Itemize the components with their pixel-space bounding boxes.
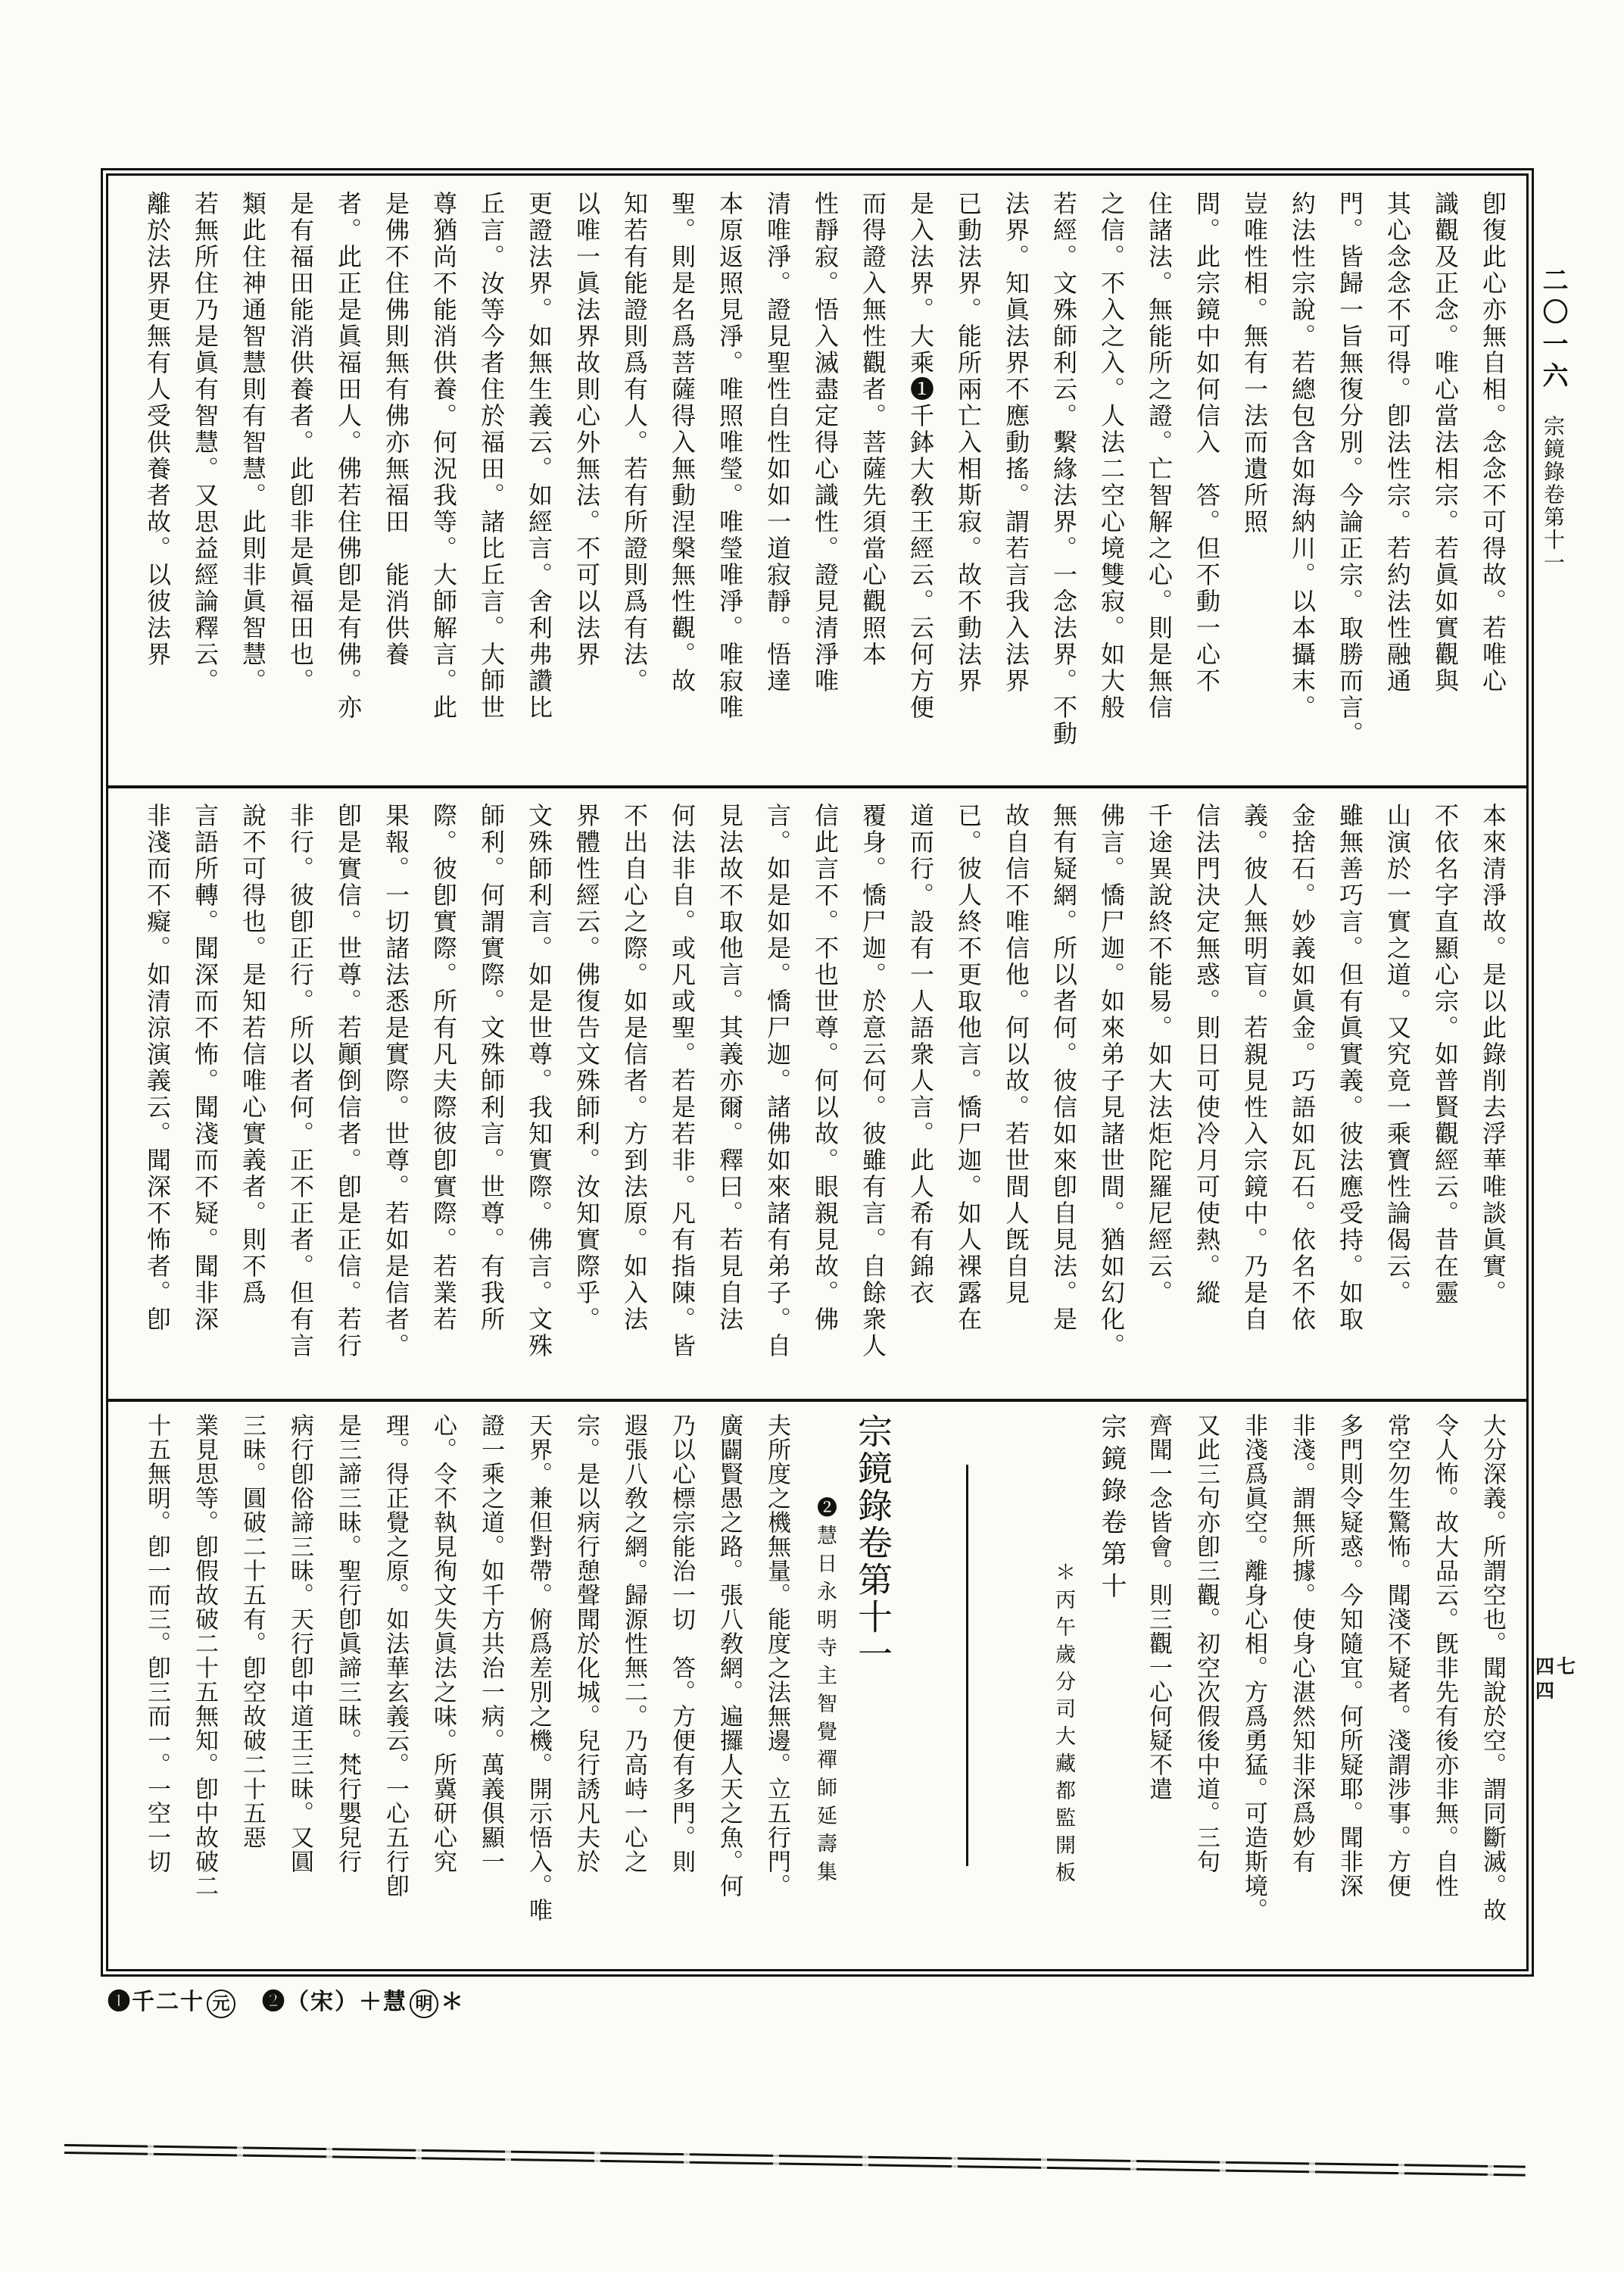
text-column: 心。令不執見徇文失眞法之味。所冀研心究	[419, 1413, 467, 1960]
text-column: 夫所度之機無量。能度之法無邊。立五行門。	[753, 1413, 801, 1960]
text-column: 是三諦三昧。聖行卽眞諦三昧。梵行嬰兒行	[324, 1413, 372, 1960]
text-column: 義。彼人無明盲。若親見性入宗鏡中。乃是自	[1230, 803, 1278, 1392]
text-column: 是有福田能消供養者。此卽非是眞福田也。	[276, 191, 324, 780]
text-column: 性靜寂。悟入滅盡定得心識性。證見清淨唯	[801, 191, 849, 780]
text-column: 業見思等。卽假故破二十五無知。卽中故破二	[181, 1413, 229, 1960]
footnote-siglum-yuan: 元	[207, 1990, 235, 2018]
text-column: 信法門決定無惑。則日可使冷月可使熱。縱	[1183, 803, 1230, 1392]
text-column: 佛言。憍尸迦。如來弟子見諸世間。猶如幻化。	[1087, 803, 1135, 1392]
text-column: 信此言不。不也世尊。何以故。眼親見故。佛	[801, 803, 849, 1392]
text-column: 問。此宗鏡中如何信入 答。但不動一心不	[1183, 191, 1230, 780]
text-column: 乃以心標宗能治一切 答。方便有多門。則	[658, 1413, 706, 1960]
text-column: 證一乘之道。如千方共治一病。萬義俱顯一	[467, 1413, 515, 1960]
text-column: 千途異說終不能易。如大法炬陀羅尼經云。	[1135, 803, 1183, 1392]
text-column: 見法故不取他言。其義亦爾。釋曰。若見自法	[706, 803, 753, 1392]
text-column: 文殊師利言。如是世尊。我知實際。佛言。文殊	[515, 803, 563, 1392]
text-column: 知若有能證則爲有人。若有所證則爲有法。	[610, 191, 658, 780]
text-column: 卽復此心亦無自相。念念不可得故。若唯心	[1469, 191, 1516, 780]
folio-number-line1: 四七	[1535, 1656, 1581, 1680]
text-column: 約法性宗說。若總包含如海納川。以本攝末。	[1278, 191, 1326, 780]
text-column: 更證法界。如無生義云。如經言。舍利弗讚比	[515, 191, 563, 780]
volume-number: 二〇一六	[1534, 267, 1571, 394]
text-column: 覆身。憍尸迦。於意云何。彼雖有言。自餘衆人	[849, 803, 896, 1392]
page: 卽復此心亦無自相。念念不可得故。若唯心識觀及正念。唯心當法相宗。若眞如實觀與其心…	[0, 0, 1624, 2272]
text-column: 常空勿生驚怖。聞淺不疑者。淺謂涉事。方便	[1373, 1413, 1421, 1960]
text-column: 又此三句亦卽三觀。初空次假後中道。三句	[1183, 1413, 1230, 1960]
text-column: 言語所轉。聞深而不怖。聞淺而不疑。聞非深	[181, 803, 229, 1392]
text-column: 天界。兼但對帶。俯爲差別之機。開示悟入。唯	[515, 1413, 563, 1960]
scroll-end-title-column: 宗鏡錄卷第十	[1087, 1413, 1135, 1960]
text-column: 是入法界。大乘❶千鉢大敎王經云。云何方便	[896, 191, 944, 780]
colophon-column: ＊丙午歲分司大藏都監開板	[1040, 1413, 1087, 1960]
blank-column	[896, 1413, 944, 1960]
text-column: 宗。是以病行憩聲聞於化城。兒行誘凡夫於	[563, 1413, 610, 1960]
text-column: 令人怖。故大品云。旣非先有後亦非無。自性	[1421, 1413, 1469, 1960]
footnote-entry-1: ❶千二十	[108, 1990, 204, 2015]
text-column: 齊聞一念皆會。則三觀一心何疑不遣	[1135, 1413, 1183, 1960]
footnote-asterisk: ＊	[441, 1990, 465, 2015]
text-column: 非淺。謂無所據。使身心湛然知非深爲妙有	[1278, 1413, 1326, 1960]
text-column: 三昧。圓破二十五有。卽空故破二十五惡	[229, 1413, 276, 1960]
text-column: 本原返照見淨。唯照唯瑩。唯瑩唯淨。唯寂唯	[706, 191, 753, 780]
text-column: 而得證入無性觀者。菩薩先須當心觀照本	[849, 191, 896, 780]
band-middle: 本來清淨故。是以此錄削去浮華唯談眞實。不依名字直顯心宗。如普賢觀經云。昔在靈山演…	[129, 803, 1516, 1392]
text-column: 識觀及正念。唯心當法相宗。若眞如實觀與	[1421, 191, 1469, 780]
text-column: 廣闢賢愚之路。張八敎網。遍攞人天之魚。何	[706, 1413, 753, 1960]
band-bottom: 大分深義。所謂空也。聞說於空。謂同斷滅。故令人怖。故大品云。旣非先有後亦非無。自…	[129, 1413, 1516, 1960]
folio-number: 四七 四	[1535, 1656, 1581, 1704]
text-column: 病行卽俗諦三昧。天行卽中道王三昧。又圓	[276, 1413, 324, 1960]
text-column: 不出自心之際。如是信者。方到法原。如入法	[610, 803, 658, 1392]
text-column: 以唯一眞法界故則心外無法。不可以法界	[563, 191, 610, 780]
text-column: 丘言。汝等今者住於福田。諸比丘言。大師世	[467, 191, 515, 780]
scroll-begin-title-column: 宗鏡錄卷第十一	[849, 1413, 896, 1960]
text-column: 何法非自。或凡或聖。若是若非。凡有指陳。皆	[658, 803, 706, 1392]
folio-number-line2: 四	[1535, 1680, 1581, 1704]
text-column: 者。此正是眞福田人。佛若住佛卽是有佛。亦	[324, 191, 372, 780]
text-column: 卽是實信。世尊。若顚倒信者。卽是正信。若行	[324, 803, 372, 1392]
text-column: 清唯淨。證見聖性自性如如一道寂靜。悟達	[753, 191, 801, 780]
text-column: 已動法界。能所兩亡入相斯寂。故不動法界	[944, 191, 992, 780]
text-column: 已。彼人終不更取他言。憍尸迦。如人裸露在	[944, 803, 992, 1392]
text-column: 其心念念不可得。卽法性宗。若約法性融通	[1373, 191, 1421, 780]
text-column: 道而行。設有一人語衆人言。此人希有錦衣	[896, 803, 944, 1392]
text-column: 遐張八敎之網。歸源性無二。乃高峙一心之	[610, 1413, 658, 1960]
text-column: 十五無明。卽一而三。卽三而一。一空一切	[133, 1413, 181, 1960]
text-column: 言。如是如是。憍尸迦。諸佛如來諸有弟子。自	[753, 803, 801, 1392]
footnote-siglum-ming: 明	[410, 1990, 438, 2018]
text-column: 雖無善巧言。但有眞實義。彼法應受持。如取	[1326, 803, 1373, 1392]
text-column: 豈唯性相。無有一法而遺所照	[1230, 191, 1278, 780]
text-column: 尊猶尚不能消供養。何況我等。大師解言。此	[419, 191, 467, 780]
text-column: 際。彼卽實際。所有凡夫際彼卽實際。若業若	[419, 803, 467, 1392]
text-column: 師利。何謂實際。文殊師利言。世尊。有我所	[467, 803, 515, 1392]
text-column: 果報。一切諸法悉是實際。世尊。若如是信者。	[372, 803, 419, 1392]
text-column: 山演於一實之道。又究竟一乘寶性論偈云。	[1373, 803, 1421, 1392]
text-column: 本來清淨故。是以此錄削去浮華唯談眞實。	[1469, 803, 1516, 1392]
text-column: 之信。不入之入。人法二空心境雙寂。如大般	[1087, 191, 1135, 780]
text-column: 聖。則是名爲菩薩得入無動涅槃無性觀。故	[658, 191, 706, 780]
footnote-line: ❶千二十元 ❷（宋）＋慧明＊	[108, 1983, 465, 2018]
running-title: 宗鏡錄卷第十一	[1537, 415, 1567, 574]
band-top: 卽復此心亦無自相。念念不可得故。若唯心識觀及正念。唯心當法相宗。若眞如實觀與其心…	[129, 191, 1516, 780]
text-column: 不依名字直顯心宗。如普賢觀經云。昔在靈	[1421, 803, 1469, 1392]
compiler-column: ❷慧日永明寺主智覺禪師延壽集	[801, 1413, 849, 1960]
text-column: 多門則令疑惑。今知隨宜。何所疑耶。聞非深	[1326, 1413, 1373, 1960]
text-column: 若無所住乃是眞有智慧。又思益經論釋云。	[181, 191, 229, 780]
text-column: 住諸法。無能所之證。亡智解之心。則是無信	[1135, 191, 1183, 780]
text-column: 離於法界更無有人受供養者故。以彼法界	[133, 191, 181, 780]
footnote-entry-2: ❷（宋）＋慧	[238, 1990, 407, 2015]
blank-column	[992, 1413, 1040, 1960]
text-column: 大分深義。所謂空也。聞說於空。謂同斷滅。故	[1469, 1413, 1516, 1960]
text-column: 類此住神通智慧則有智慧。此則非眞智慧。	[229, 191, 276, 780]
text-column: 金捨石。妙義如眞金。巧語如瓦石。依名不依	[1278, 803, 1326, 1392]
text-column: 界體性經云。佛復告文殊師利。汝知實際乎。	[563, 803, 610, 1392]
text-column: 非行。彼卽正行。所以者何。正不正者。但有言	[276, 803, 324, 1392]
text-column: 非淺而不癡。如清涼演義云。聞深不怖者。卽	[133, 803, 181, 1392]
text-column: 法界。知眞法界不應動搖。謂若言我入法界	[992, 191, 1040, 780]
text-column: 理。得正覺之原。如法華玄義云。一心五行卽	[372, 1413, 419, 1960]
text-column: 是佛不住佛則無有佛亦無福田 能消供養	[372, 191, 419, 780]
band-divider-2	[106, 1399, 1529, 1402]
text-column: 門。皆歸一旨無復分別。今論正宗。取勝而言。	[1326, 191, 1373, 780]
band-divider-1	[106, 785, 1529, 788]
text-column: 若經。文殊師利云。繫緣法界。一念法界。不動	[1040, 191, 1087, 780]
text-column: 故自信不唯信他。何以故。若世間人旣自見	[992, 803, 1040, 1392]
text-column: 非淺爲眞空。離身心相。方爲勇猛。可造斯境。	[1230, 1413, 1278, 1960]
separator-rule-column	[944, 1413, 992, 1960]
text-column: 說不可得也。是知若信唯心實義者。則不爲	[229, 803, 276, 1392]
text-column: 無有疑網。所以者何。彼信如來卽自見法。是	[1040, 803, 1087, 1392]
